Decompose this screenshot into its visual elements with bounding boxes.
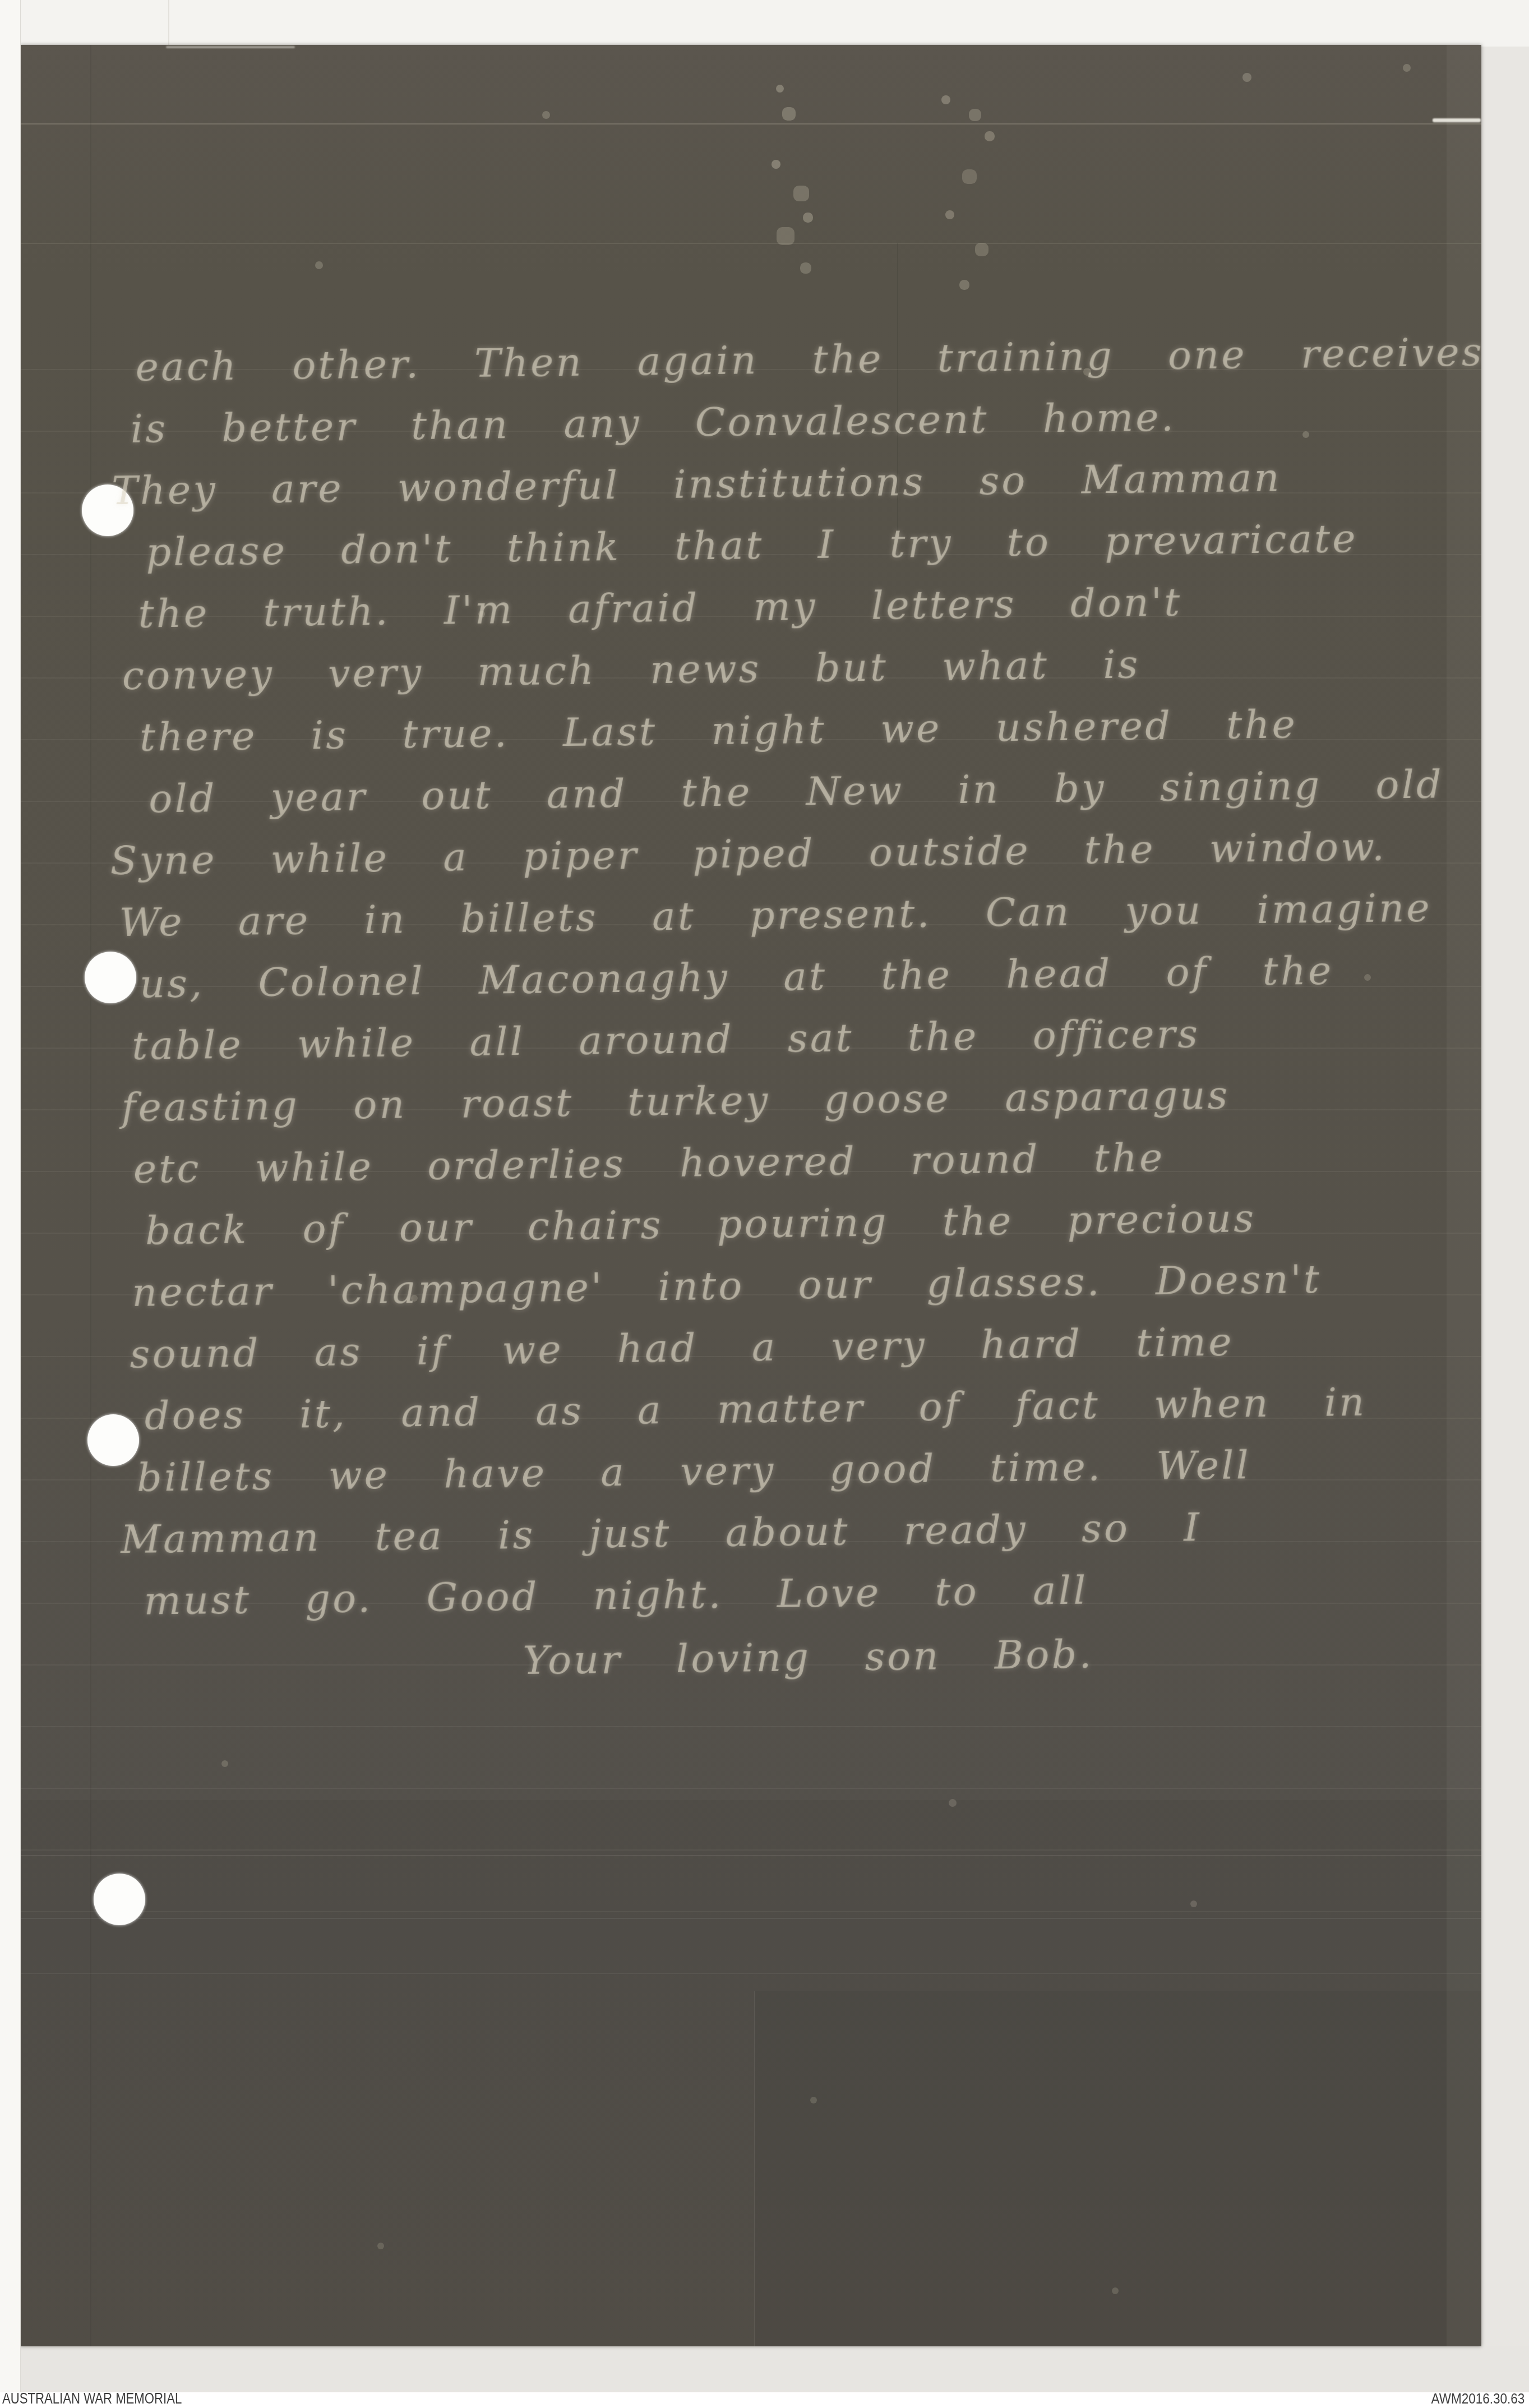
handwriting: each other. Then again the training one … (20, 45, 1481, 1952)
handwriting-line: does it, and as a matter of fact when in (144, 1382, 1366, 1436)
archive-accession-label: AWM2016.30.63 (1431, 2391, 1525, 2407)
handwriting-line: there is true. Last night we ushered the (140, 704, 1298, 756)
handwriting-line: the truth. I'm afraid my letters don't (138, 583, 1182, 634)
handwriting-line: back of our chairs pouring the precious (145, 1198, 1257, 1250)
handwriting-line: table while all around sat the officers (132, 1014, 1200, 1065)
handwriting-line: billets we have a very good time. Well (137, 1445, 1251, 1497)
handwriting-line: us, Colonel Maconaghy at the head of the (140, 951, 1334, 1004)
handwriting-line: please don't think that I try to prevari… (146, 519, 1358, 572)
letter-page-photo: each other. Then again the training one … (20, 45, 1481, 2346)
handwriting-line: feasting on roast turkey goose asparagus (121, 1076, 1230, 1127)
handwriting-line: each other. Then again the training one … (135, 332, 1481, 386)
scan-left-margin (0, 0, 21, 2392)
handwriting-line: is better than any Convalescent home. (130, 398, 1176, 449)
handwriting-line: convey very much news but what is (122, 644, 1140, 695)
handwriting-line: They are wonderful institutions so Mamma… (112, 458, 1282, 511)
handwriting-signature: Your loving son Bob. (523, 1634, 1093, 1680)
handwriting-line: Mamman tea is just about ready so I (121, 1507, 1202, 1559)
scan-top-margin (0, 0, 1529, 47)
handwriting-line: We are in billets at present. Can you im… (119, 888, 1432, 943)
handwriting-line: sound as if we had a very hard time (130, 1322, 1234, 1374)
handwriting-line: nectar 'champagne' into our glasses. Doe… (132, 1260, 1322, 1312)
archive-name-label: AUSTRALIAN WAR MEMORIAL (2, 2390, 182, 2407)
scan-bottom-margin (0, 2346, 1529, 2392)
handwriting-line: etc while orderlies hovered round the (133, 1138, 1165, 1189)
backing-sheet-fold-line (168, 0, 169, 47)
archive-footer-band: AUSTRALIAN WAR MEMORIAL AWM2016.30.63 (0, 2392, 1529, 2408)
handwriting-line: must go. Good night. Love to all (144, 1571, 1088, 1621)
handwriting-line: Syne while a piper piped outside the win… (110, 827, 1387, 880)
handwriting-line: old year out and the New in by singing o… (149, 763, 1481, 818)
scan-background: { "document": { "kind": "scanned photogr… (0, 0, 1529, 2408)
photo-strip-shading (755, 1991, 1481, 2346)
